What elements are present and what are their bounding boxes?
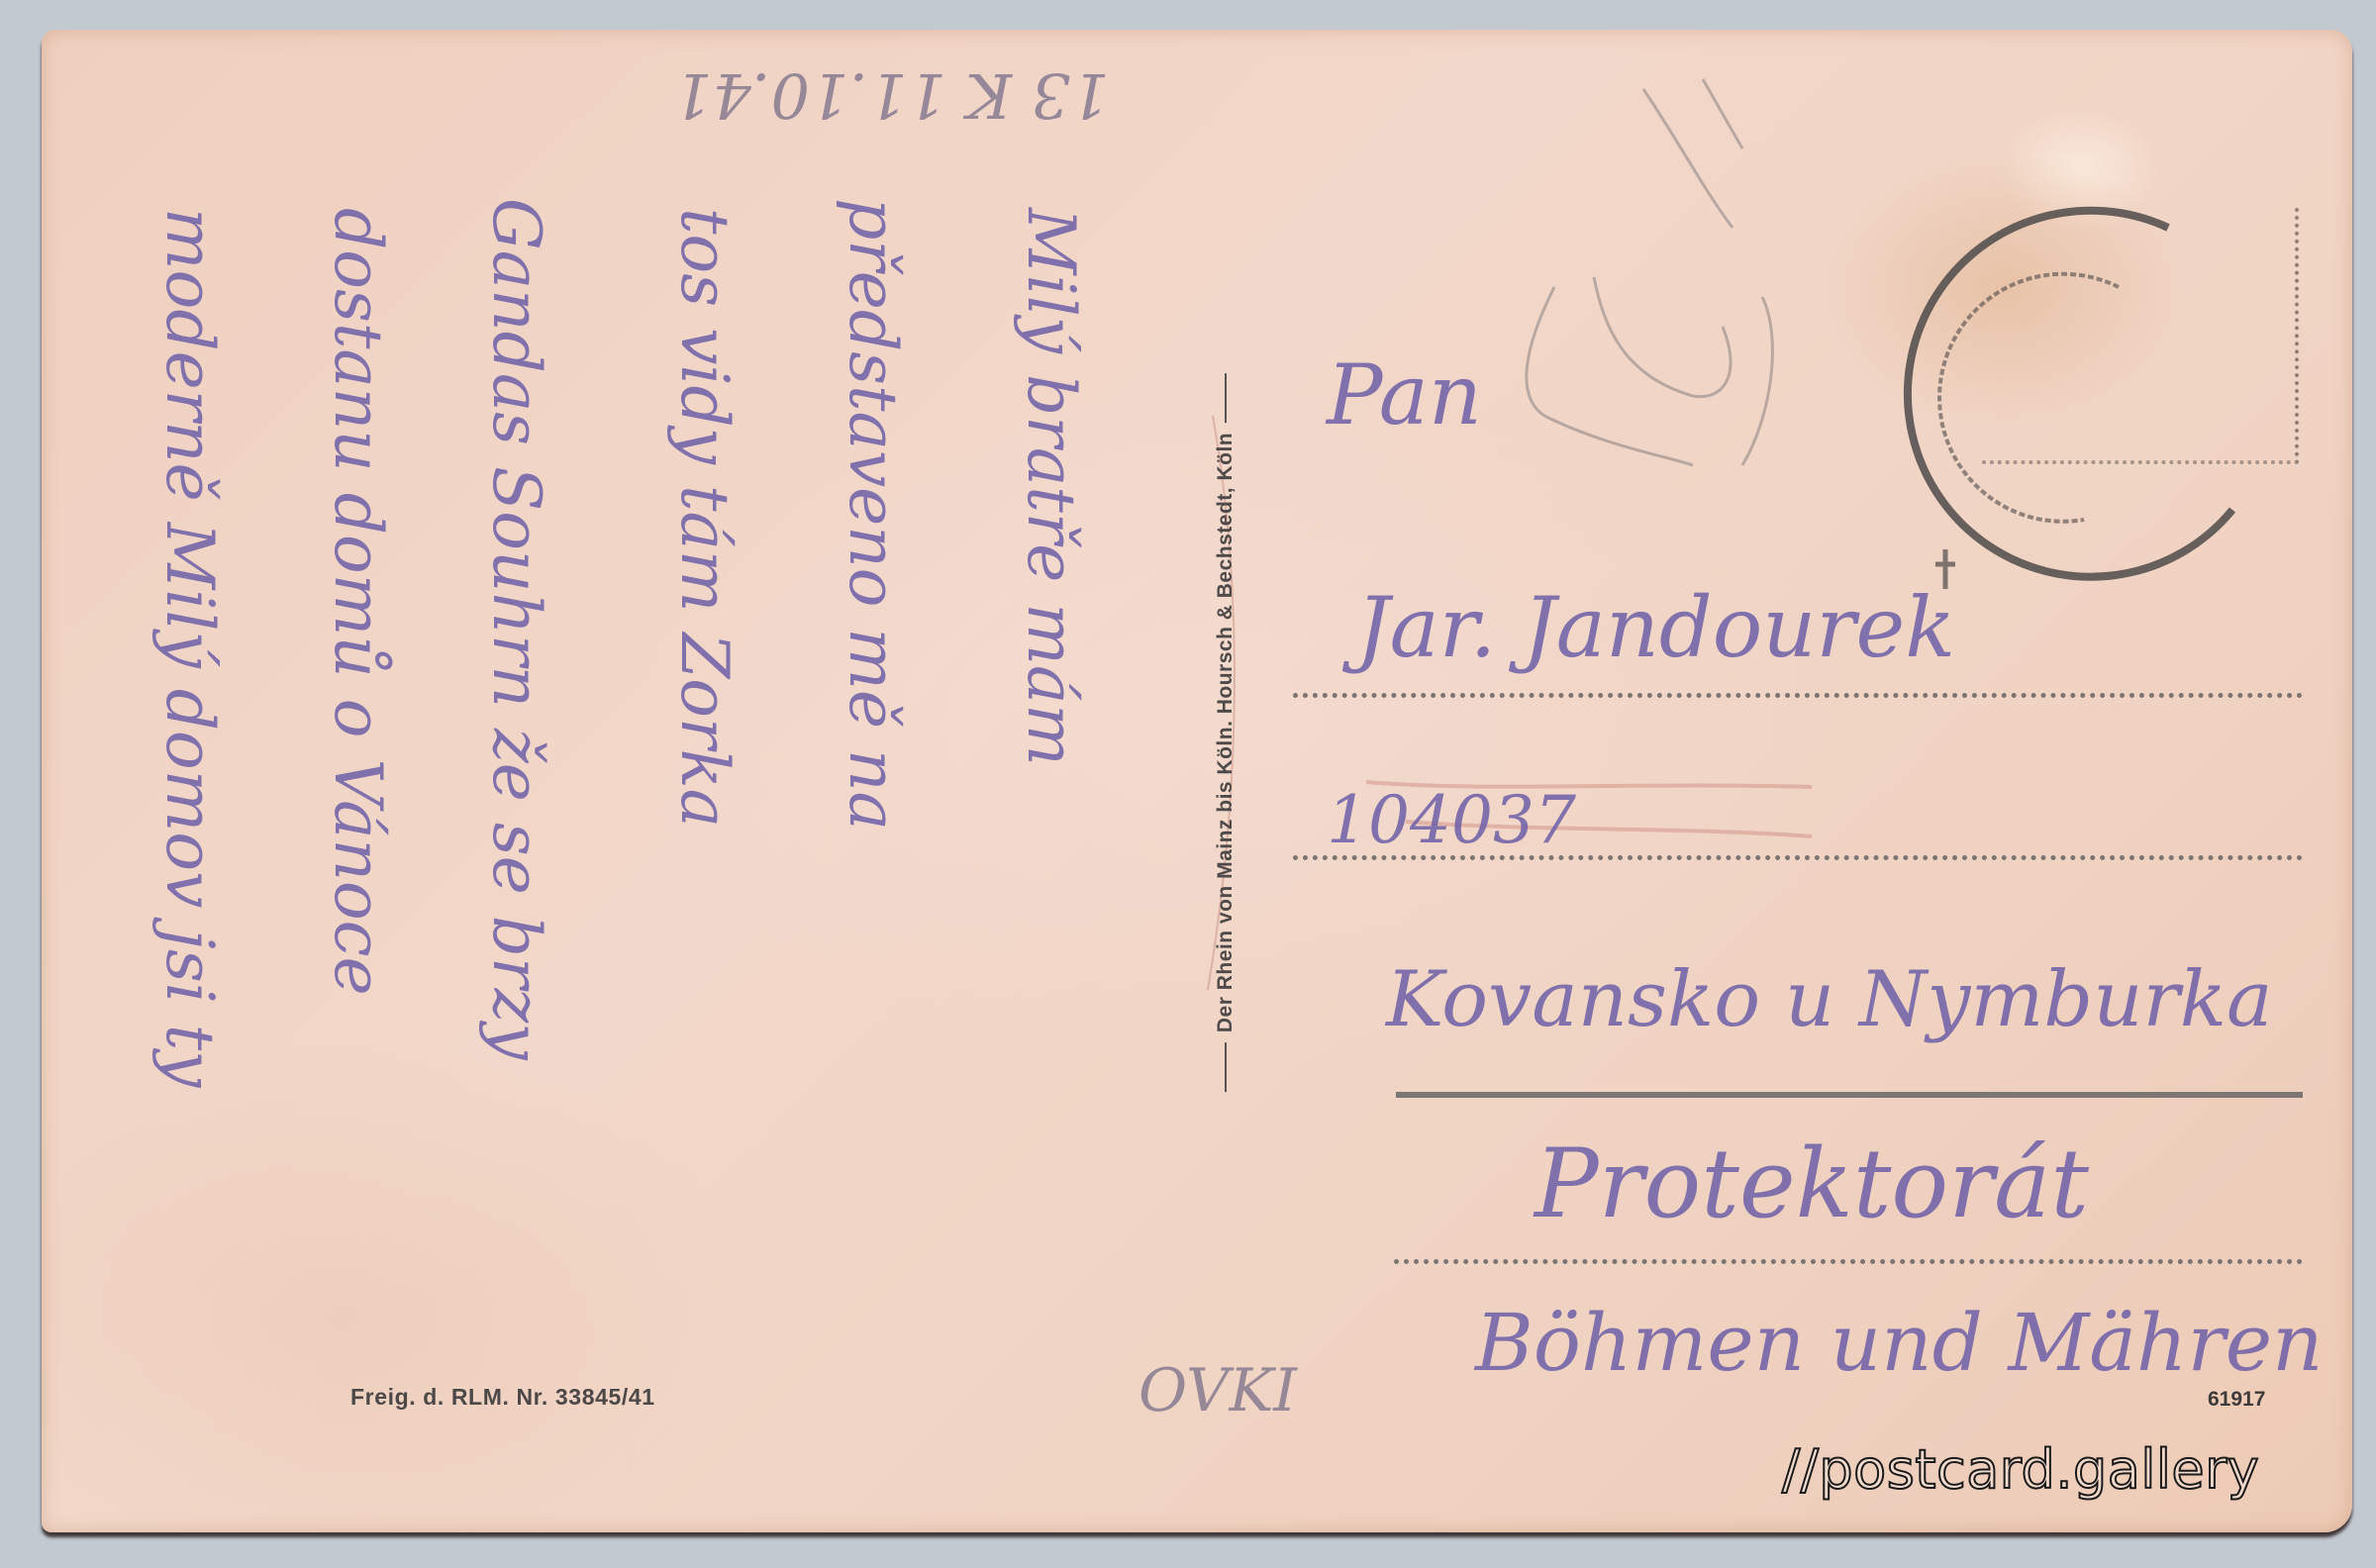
dash-right [1225,373,1227,423]
watermark: //postcard.gallery [1782,1438,2259,1501]
dash-left [1225,1042,1227,1092]
card-number: 61917 [2208,1388,2265,1412]
stamp-placeholder-box [1982,208,2299,464]
address-country: Böhmen und Mähren [1475,1297,2324,1389]
message-line-2: představeno mě na [835,198,911,831]
message-line-1: Milý bratře mám [1013,208,1089,766]
address-town: Kovansko u Nymburka [1386,955,2273,1044]
message-line-5: dostanu domů o Vánoce [320,208,396,996]
publisher-text: Der Rhein von Mainz bis Köln. Hoursch & … [1214,433,1237,1032]
address-line-4 [1394,1259,2303,1264]
address-number: 104037 [1327,782,1576,858]
message-line-3: tos vidy tám Zorka [666,208,742,828]
address-name: Jar. Jandourek [1356,579,1955,676]
bottom-mark: OVKI [1138,1356,1297,1425]
publisher-imprint: Der Rhein von Mainz bis Köln. Hoursch & … [1214,363,1237,1102]
address-salutation: Pan [1327,346,1482,443]
message-line-6: moderně Milý domov jsi ty [151,208,228,1088]
address-line-3 [1396,1092,2303,1098]
message-line-4: Gandas Souhrn že se brzy [478,198,554,1060]
top-note: 13 K 11.10.41 [673,59,1110,132]
address-region: Protektorát [1534,1128,2089,1239]
address-line-1 [1293,693,2303,698]
censor-approval: Freig. d. RLM. Nr. 33845/41 [350,1384,655,1411]
